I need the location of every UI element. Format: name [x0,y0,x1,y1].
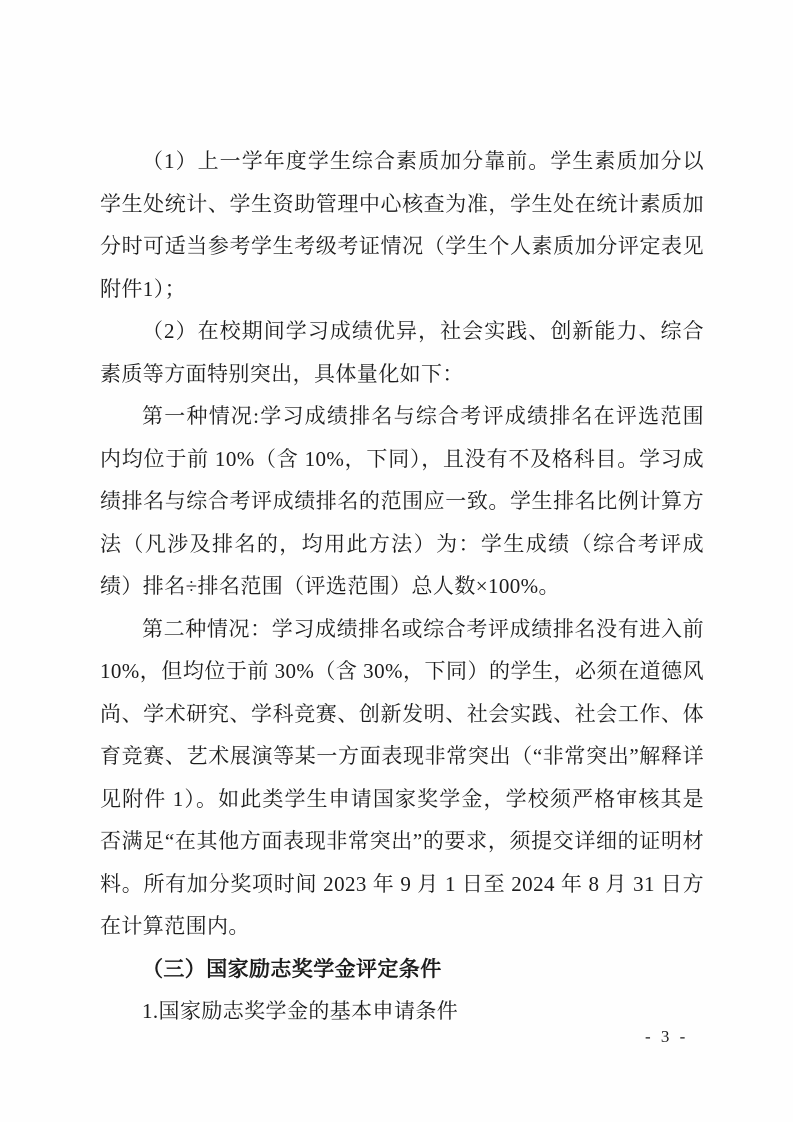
paragraph-case-two: 第二种情况：学习成绩排名或综合考评成绩排名没有进入前 10%，但均位于前 30%… [100,608,704,948]
document-page: （1）上一学年度学生综合素质加分靠前。学生素质加分以学生处统计、学生资助管理中心… [0,0,793,1122]
document-body: （1）上一学年度学生综合素质加分靠前。学生素质加分以学生处统计、学生资助管理中心… [100,140,704,1033]
paragraph-quality-bonus-rule-2: （2）在校期间学习成绩优异，社会实践、创新能力、综合素质等方面特别突出，具体量化… [100,310,704,395]
section-heading-encouragement-scholarship-criteria: （三）国家励志奖学金评定条件 [100,948,704,991]
paragraph-basic-application-conditions: 1.国家励志奖学金的基本申请条件 [100,990,704,1033]
paragraph-quality-bonus-rule-1: （1）上一学年度学生综合素质加分靠前。学生素质加分以学生处统计、学生资助管理中心… [100,140,704,310]
page-number: - 3 - [645,1027,688,1047]
paragraph-case-one: 第一种情况:学习成绩排名与综合考评成绩排名在评选范围内均位于前 10%（含 10… [100,395,704,608]
